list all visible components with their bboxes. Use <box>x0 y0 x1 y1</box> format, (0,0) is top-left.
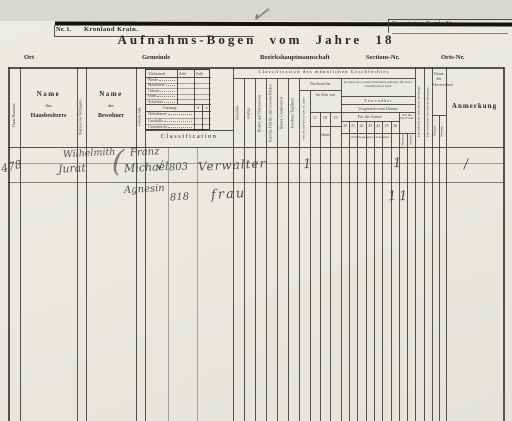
entry-tally-r2-a: 1 <box>303 157 312 172</box>
flotte-sub-0: Matrosen <box>399 134 407 147</box>
occupation-col-1: Adelige <box>244 80 255 146</box>
stock-row: Pferde <box>148 78 176 82</box>
armee-year-25: 25 <box>382 123 391 128</box>
field-sections-nr: Sections-Nr. <box>366 54 400 61</box>
gattung-row: Grundstücke <box>148 125 193 129</box>
entry-year-2: 803 <box>169 162 189 174</box>
armee-footer: Zurückgelegtes Lebensjahr <box>341 135 399 139</box>
armee-year-20: 20 <box>341 123 349 128</box>
sheet-number: Nr. 1. <box>56 26 71 33</box>
armee-year-26: 26 <box>391 123 399 128</box>
armee-title: Für die Armee <box>341 114 399 119</box>
entry-owner-2: Jurat <box>58 161 86 175</box>
nachwuchs-year-17: 17 <box>310 115 320 120</box>
nachwuchs-title: Nachwuchs <box>299 81 341 86</box>
armee-year-21: 21 <box>349 123 357 128</box>
male-total-col: Das männliche Geschlecht überhaupt <box>415 78 424 146</box>
armee-year-23: 23 <box>366 123 374 128</box>
occupation-col-5: Inwohner, Taglöhner <box>288 80 299 146</box>
occupation-col-0: Geistliche <box>233 80 244 146</box>
flotte-title: Für die See-Flotte <box>399 114 415 122</box>
field-gemeinde: Gemeinde <box>142 54 170 61</box>
rubrik-title: In keine der vorigen Rubriken gehörig, m… <box>342 80 414 88</box>
stock-box-title: Viehstand: <box>148 71 166 76</box>
gattung-col-b: b <box>202 105 211 110</box>
remark-col-label: Anmerkung <box>446 102 503 110</box>
gattung-row: Wohnhäuser <box>148 112 193 116</box>
owner-col-l3: Hausbesitzers <box>31 113 67 119</box>
resident-col-l1: Name <box>99 90 123 98</box>
entry-class-2: Verwalter <box>198 156 267 174</box>
flotte-sub-1: Arbeiter <box>407 134 415 147</box>
gattung-row: Gastställe <box>148 119 193 123</box>
form-title: Aufnahms-Bogen vom Jahre 18 <box>106 32 406 48</box>
stock-row: Schweine <box>148 100 176 104</box>
gattung-col-a: A <box>194 105 202 110</box>
absence-col-title: Dauer der Abwesenheit <box>432 71 446 87</box>
entry-year-3: 818 <box>170 192 190 204</box>
stock-unit-b: Zahl <box>196 72 203 76</box>
entry-owner-1: Wilhelmith <box>63 147 116 161</box>
occupation-col-4: Bauern, Grundbesitzer <box>277 80 288 146</box>
form-sheet: Nr. 1. Kronland Krain. Conscriptions-Bez… <box>0 0 512 421</box>
owner-col-header: Name des Hausbesitzers <box>20 90 77 119</box>
entry-tick-right: / <box>464 157 469 172</box>
owner-col-l2: des <box>46 103 52 108</box>
occupation-col-3: Künstler, Fabriks- und Gewerbs-Inhaber <box>266 80 277 146</box>
armee-year-22: 22 <box>357 123 366 128</box>
nachwuchs-sub-title: Im Alter von <box>310 93 341 98</box>
owner-col-l1: Name <box>37 90 61 98</box>
field-bezirk: Bezirkshauptmannschaft <box>260 54 330 61</box>
absence-sub-wochen: Wochen <box>439 116 446 146</box>
entry-tally-r3-a: 1 <box>388 189 397 204</box>
stock-row: Ochsen <box>148 89 176 93</box>
gattung-title: Gattung: <box>146 105 194 110</box>
field-ort: Ort <box>24 54 34 61</box>
entry-tally-r2-b: 1 <box>393 156 402 171</box>
resident-col-l2: der <box>108 103 114 108</box>
conscription-label: Conscriptions-Bezirks-Nr. <box>392 21 453 27</box>
stock-unit-a: Zahl <box>179 72 186 76</box>
entry-check-2: √ <box>156 159 164 173</box>
entry-tally-r3-b: 1 <box>399 189 408 204</box>
nachwuchs-pre-col: Von der Geburt bis zum 16. Jahre <box>299 91 310 146</box>
entry-resident-1: Franz <box>130 146 160 159</box>
classification-cell-label: Classification <box>145 133 233 140</box>
entry-resident-3: Agnesin <box>124 183 165 196</box>
resident-col-header: Name der Bewohner <box>86 90 136 119</box>
nachwuchs-year-19: 19 <box>330 115 341 120</box>
stock-box: Viehstand: Zahl Zahl Pferde Maulthiere O… <box>145 69 210 130</box>
classification-title: Classification des männlichen Geschlecht… <box>233 69 415 74</box>
rubrik-vorgemerkt: Vorgemerkt zum Dienste <box>341 106 415 111</box>
resident-col-l3: Bewohner <box>98 113 124 119</box>
birthyear-col-label: Geburts-Jahr <box>136 88 145 146</box>
stock-row: Maulthiere <box>148 83 176 87</box>
field-orts-nr: Orts-Nr. <box>441 54 464 61</box>
rubrik-anwendbar: Anwendbar <box>341 98 415 103</box>
entry-class-3: frau <box>211 186 247 203</box>
house-number-col-label: Haus-Nummer <box>8 85 20 145</box>
armee-year-24: 24 <box>374 123 382 128</box>
occupation-col-2: Beamte und Honoratioren <box>255 80 266 146</box>
stock-row: Kühe <box>148 94 176 98</box>
nachwuchs-year-18: 18 <box>320 115 330 120</box>
absence-sub-monate: Monate <box>432 116 439 146</box>
party-number-col-label: Nummer der Wohnpartei <box>77 88 86 146</box>
nachwuchs-footer: Jahre <box>310 132 341 137</box>
